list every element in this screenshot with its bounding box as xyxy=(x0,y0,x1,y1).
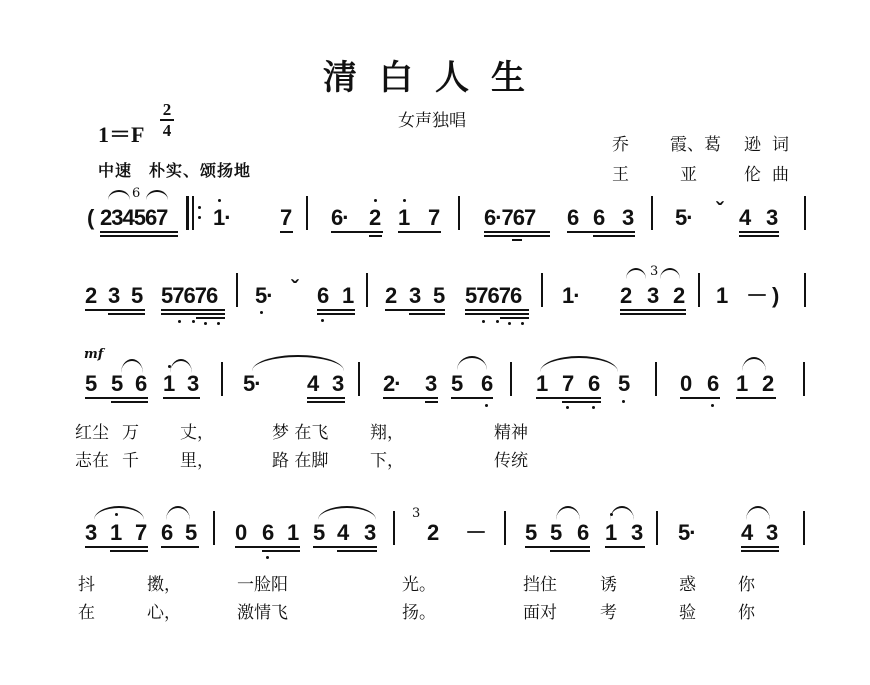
note: 6 xyxy=(317,285,329,307)
underline xyxy=(85,309,145,311)
note: 2 xyxy=(369,207,381,229)
slur xyxy=(746,506,770,520)
octave-dot xyxy=(610,513,613,516)
low-octave-dot xyxy=(482,320,485,323)
composer-name-3: 伦 xyxy=(744,160,761,185)
note: 2 xyxy=(427,522,439,544)
note: 2· xyxy=(383,373,409,395)
underline xyxy=(741,550,779,552)
low-octave-dot xyxy=(321,319,324,322)
barline xyxy=(656,511,658,545)
note: 1 xyxy=(287,522,299,544)
lyric: 光。 xyxy=(402,570,436,595)
note: ) xyxy=(772,285,779,307)
octave-dot xyxy=(374,199,377,202)
lyric: 梦 在飞 xyxy=(272,418,328,443)
underline xyxy=(385,309,445,311)
barline xyxy=(698,273,700,307)
underline xyxy=(85,546,148,548)
tempo-marking: 中速 朴实、颂扬地 xyxy=(98,158,251,181)
underline xyxy=(163,397,200,399)
underline xyxy=(383,397,438,399)
underline xyxy=(111,401,148,403)
note: 5· xyxy=(243,373,269,395)
barline xyxy=(213,511,215,545)
note: 5· xyxy=(678,522,704,544)
composer-name-1: 王 xyxy=(612,160,629,185)
note: 5 xyxy=(85,373,97,395)
lyric: 心， xyxy=(147,598,181,623)
barline xyxy=(306,196,308,230)
lyric: 激情飞 xyxy=(237,598,288,623)
lyricist-credit: 乔 霞、葛 逊 词 xyxy=(612,130,812,152)
note: 5 xyxy=(433,285,445,307)
note: 6 xyxy=(588,373,600,395)
barline xyxy=(236,273,238,307)
note: 6 xyxy=(481,373,493,395)
barline xyxy=(221,362,223,396)
note: 6·767 xyxy=(484,207,550,229)
time-signature-top: 2 xyxy=(158,100,176,119)
slur xyxy=(170,359,192,373)
underline xyxy=(196,317,225,319)
underline xyxy=(161,546,199,548)
note: 3 xyxy=(622,207,634,229)
low-octave-dot xyxy=(178,320,181,323)
time-signature-bottom: 4 xyxy=(158,121,176,140)
underline xyxy=(110,550,148,552)
lyricist-name-2: 霞、葛 xyxy=(670,130,721,155)
note: 6 xyxy=(707,373,719,395)
triplet-bracket-left xyxy=(626,268,646,279)
note: 3 xyxy=(766,522,778,544)
underline xyxy=(409,313,445,315)
note: 1· xyxy=(562,285,588,307)
underline xyxy=(593,235,635,237)
lyric: 扬。 xyxy=(402,598,436,623)
note: 3 xyxy=(425,373,437,395)
note: 6· xyxy=(331,207,357,229)
underline xyxy=(620,309,686,311)
note: 5 xyxy=(550,522,562,544)
note: 1· xyxy=(213,207,243,229)
low-octave-dot xyxy=(260,311,263,314)
barline xyxy=(366,273,368,307)
low-octave-dot xyxy=(217,322,220,325)
underline xyxy=(161,313,225,315)
composer-credit: 王 亚 伦 曲 xyxy=(612,160,812,182)
underline xyxy=(562,401,601,403)
underline xyxy=(108,313,145,315)
lyric: 下， xyxy=(370,446,404,471)
underline xyxy=(736,397,776,399)
note: 5· xyxy=(675,207,701,229)
lyric: 你 xyxy=(738,598,755,623)
dynamic-mf: mf xyxy=(84,347,103,362)
note: 4 xyxy=(741,522,753,544)
note: 2 xyxy=(673,285,685,307)
note: ˇ xyxy=(291,278,298,300)
slur xyxy=(166,506,190,520)
note: 5 xyxy=(185,522,197,544)
underline xyxy=(484,235,550,237)
underline xyxy=(161,309,225,311)
barline xyxy=(655,362,657,396)
lyricist-label: 词 xyxy=(772,130,789,155)
barline xyxy=(804,273,806,307)
underline xyxy=(307,397,345,399)
tuplet-number: 6 xyxy=(132,186,140,201)
underline xyxy=(512,239,522,241)
lyric: 诱 xyxy=(600,570,617,595)
lyricist-name-3: 逊 xyxy=(744,130,761,155)
underline xyxy=(525,546,590,548)
underline xyxy=(317,309,355,311)
note: ( xyxy=(87,207,94,229)
underline xyxy=(425,401,438,403)
low-octave-dot xyxy=(508,322,511,325)
lyric: 红尘 xyxy=(75,418,109,443)
low-octave-dot xyxy=(592,406,595,409)
note: 1 xyxy=(398,207,410,229)
underline xyxy=(313,546,377,548)
note: 7 xyxy=(562,373,574,395)
underline xyxy=(620,313,686,315)
note: 5 xyxy=(451,373,463,395)
underline xyxy=(317,313,355,315)
underline xyxy=(465,309,529,311)
grace-note: 3 xyxy=(412,506,420,521)
tuplet-bracket-left xyxy=(108,190,130,200)
octave-dot xyxy=(403,199,406,202)
repeat-dot xyxy=(198,216,201,219)
note: 0 xyxy=(680,373,692,395)
note: 2 xyxy=(85,285,97,307)
note: 1 xyxy=(605,522,617,544)
underline xyxy=(465,313,529,315)
lyric: 抖 xyxy=(78,570,95,595)
low-octave-dot xyxy=(204,322,207,325)
lyric: 精神 xyxy=(494,418,528,443)
barline xyxy=(651,196,653,230)
composer-name-2: 亚 xyxy=(680,160,697,185)
underline xyxy=(680,397,720,399)
lyric: 万 xyxy=(122,418,139,443)
note: 3 xyxy=(108,285,120,307)
barline xyxy=(804,196,806,230)
note: 1 xyxy=(163,373,175,395)
lyric: 面对 xyxy=(523,598,557,623)
underline xyxy=(550,550,590,552)
note: 3 xyxy=(364,522,376,544)
underline xyxy=(100,235,178,237)
slur xyxy=(457,356,487,370)
slur xyxy=(121,359,143,373)
lyricist-name-1: 乔 xyxy=(612,130,629,155)
slur xyxy=(742,357,766,371)
lyric: 里， xyxy=(180,446,214,471)
note: 5 xyxy=(131,285,143,307)
note: 1 xyxy=(536,373,548,395)
note: 5 xyxy=(111,373,123,395)
lyric: 考 xyxy=(600,598,617,623)
note: 5 xyxy=(313,522,325,544)
slur xyxy=(610,506,634,520)
slur xyxy=(318,506,376,520)
slur xyxy=(252,355,344,371)
note: 2 xyxy=(385,285,397,307)
lyric: 一脸阳 xyxy=(237,570,288,595)
note: 234567 xyxy=(100,207,178,229)
low-octave-dot xyxy=(566,406,569,409)
note: 6 xyxy=(567,207,579,229)
low-octave-dot xyxy=(622,400,625,403)
underline xyxy=(337,550,377,552)
note: － xyxy=(465,522,487,544)
note: 57676 xyxy=(465,285,529,307)
barline xyxy=(803,511,805,545)
barline xyxy=(358,362,360,396)
note: 2 xyxy=(762,373,774,395)
note: 6 xyxy=(135,373,147,395)
note: 3 xyxy=(187,373,199,395)
low-octave-dot xyxy=(711,404,714,407)
underline xyxy=(451,397,493,399)
note: 57676 xyxy=(161,285,225,307)
barline xyxy=(504,511,506,545)
barline xyxy=(541,273,543,307)
lyric: 丈， xyxy=(180,418,214,443)
note: 6 xyxy=(161,522,173,544)
repeat-barline-thin xyxy=(192,196,194,230)
underline xyxy=(741,546,779,548)
underline xyxy=(280,231,293,233)
slur xyxy=(540,356,618,372)
underline xyxy=(398,231,441,233)
song-title: 清白人生 xyxy=(0,50,870,99)
lyric: 志在 xyxy=(75,446,109,471)
underline xyxy=(369,235,382,237)
barline xyxy=(458,196,460,230)
note: 7 xyxy=(135,522,147,544)
lyric: 千 xyxy=(122,446,139,471)
note: 6 xyxy=(593,207,605,229)
note: 5· xyxy=(255,285,281,307)
underline xyxy=(307,401,345,403)
underline xyxy=(262,550,300,552)
barline xyxy=(393,511,395,545)
note: ˇ xyxy=(716,200,723,222)
barline xyxy=(803,362,805,396)
lyric: 翔， xyxy=(370,418,404,443)
low-octave-dot xyxy=(266,556,269,559)
low-octave-dot xyxy=(192,320,195,323)
underline xyxy=(739,235,779,237)
composer-label: 曲 xyxy=(772,160,789,185)
lyric: 路 在脚 xyxy=(272,446,328,471)
tuplet-number: 3 xyxy=(650,264,658,279)
underline xyxy=(605,546,645,548)
note: 5 xyxy=(618,373,630,395)
triplet-bracket-right xyxy=(660,268,680,279)
note: 3 xyxy=(332,373,344,395)
note: 7 xyxy=(428,207,440,229)
underline xyxy=(331,231,383,233)
note: 5 xyxy=(525,522,537,544)
note: 3 xyxy=(647,285,659,307)
underline xyxy=(536,397,601,399)
note: 1 xyxy=(342,285,354,307)
underline xyxy=(235,546,300,548)
slur xyxy=(94,506,144,520)
underline xyxy=(85,397,148,399)
note: 0 xyxy=(235,522,247,544)
note: 2 xyxy=(620,285,632,307)
octave-dot xyxy=(218,199,221,202)
lyric: 擞， xyxy=(147,570,181,595)
low-octave-dot xyxy=(521,322,524,325)
underline xyxy=(500,317,529,319)
underline xyxy=(100,231,178,233)
time-signature: 2 4 xyxy=(158,100,176,140)
note: 3 xyxy=(409,285,421,307)
key-signature: 1＝F xyxy=(98,118,144,149)
note: 1 xyxy=(110,522,122,544)
note: 4 xyxy=(739,207,751,229)
lyric: 惑 xyxy=(679,570,696,595)
note: 6 xyxy=(262,522,274,544)
tuplet-bracket-right xyxy=(146,190,168,200)
lyric: 挡住 xyxy=(523,570,557,595)
lyric: 验 xyxy=(679,598,696,623)
note: 6 xyxy=(577,522,589,544)
underline xyxy=(567,231,635,233)
octave-dot xyxy=(168,365,171,368)
note: 3 xyxy=(766,207,778,229)
repeat-barline-thick xyxy=(186,196,189,230)
note: － xyxy=(746,285,768,307)
slur xyxy=(556,506,580,520)
lyric: 传统 xyxy=(494,446,528,471)
performance-type: 女声独唱 xyxy=(398,106,466,131)
underline xyxy=(739,231,779,233)
lyric: 在 xyxy=(78,598,95,623)
low-octave-dot xyxy=(485,404,488,407)
note: 3 xyxy=(85,522,97,544)
note: 1 xyxy=(736,373,748,395)
note: 7 xyxy=(280,207,292,229)
barline xyxy=(510,362,512,396)
underline xyxy=(484,231,550,233)
octave-dot xyxy=(115,513,118,516)
repeat-dot xyxy=(198,206,201,209)
note: 4 xyxy=(337,522,349,544)
note: 3 xyxy=(631,522,643,544)
note: 1 xyxy=(716,285,728,307)
low-octave-dot xyxy=(496,320,499,323)
lyric: 你 xyxy=(738,570,755,595)
note: 4 xyxy=(307,373,319,395)
